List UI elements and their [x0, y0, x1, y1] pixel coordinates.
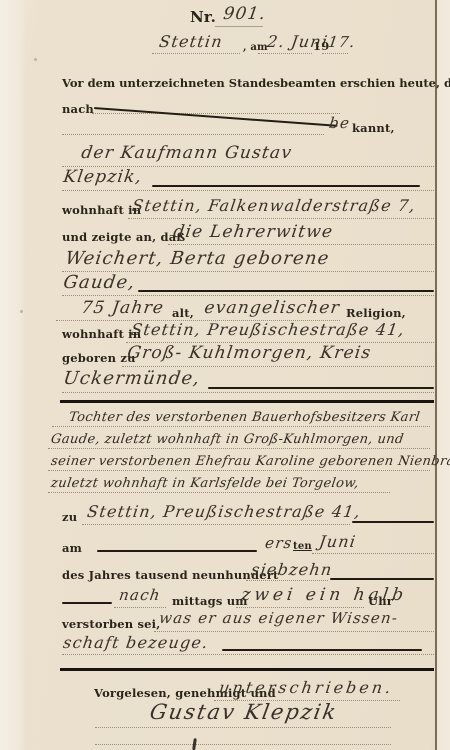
blank-line-1 — [92, 113, 340, 114]
record-number-value: 901. — [222, 4, 267, 24]
signature: Gustav Klepzik — [148, 700, 340, 724]
deceased-desc-baseline — [168, 244, 434, 245]
zeigte-an-label: und zeigte an, daß — [62, 230, 185, 244]
deceased-religion: evangelischer — [203, 298, 341, 318]
declarant-name-line1: der Kaufmann Gustav — [80, 143, 294, 163]
unterschrieben-handwritten: unterschrieben. — [218, 678, 395, 697]
filler-line-year — [330, 578, 434, 580]
declarant-line2-baseline — [62, 190, 434, 191]
parents-baseline-4 — [48, 492, 390, 493]
birthplace-baseline — [122, 366, 434, 367]
filler-line-deceased-name — [138, 290, 434, 292]
death-place-baseline — [82, 524, 350, 525]
time-baseline — [236, 607, 364, 608]
section-rule-1 — [60, 400, 434, 403]
paper-speck — [20, 310, 23, 313]
struck-blank-day — [97, 550, 257, 552]
deceased-birthplace: Groß- Kuhlmorgen, Kreis — [126, 343, 373, 363]
deceased-name-line2: Gaude, — [62, 272, 137, 293]
strike-through-line — [94, 107, 338, 127]
parents-line-3: seiner verstorbenen Ehefrau Karoline geb… — [50, 454, 450, 469]
parents-baseline-1 — [52, 426, 430, 427]
kannt-label: kannt, — [352, 121, 395, 135]
place-issued: Stettin — [158, 32, 224, 51]
uhr-label: Uhr — [368, 594, 393, 608]
filler-line-declarant — [152, 185, 420, 187]
number-underline — [215, 26, 263, 27]
death-record-page: Nr. 901. Stettin , am 2. Juni 19 17. Vor… — [0, 0, 450, 750]
place-underline — [152, 53, 240, 54]
death-place: Stettin, Preußischestraße 41, — [86, 502, 362, 521]
death-day-handwritten: ers — [264, 534, 294, 552]
am-death-label: am — [62, 541, 82, 555]
struck-blank-vor — [62, 602, 112, 604]
parents-line-2: Gaude, zuletzt wohnhaft in Groß-Kuhlmorg… — [50, 432, 405, 447]
geboren-zu-label: geboren zu — [62, 351, 136, 365]
nach-baseline — [114, 607, 166, 608]
page-left-edge — [0, 0, 26, 750]
birthplace2-baseline — [62, 392, 434, 393]
alt-label: alt, — [172, 306, 194, 320]
zu-label: zu — [62, 510, 77, 524]
witness1-baseline — [154, 631, 434, 632]
death-month-baseline — [312, 553, 434, 554]
deceased-name-line1: Weichert, Berta geborene — [64, 248, 331, 269]
adjacent-page-strip — [437, 0, 450, 750]
filler-line-birthplace — [208, 387, 434, 389]
signature-baseline — [95, 727, 391, 728]
section-rule-2 — [60, 668, 434, 671]
nach-label: nach — [62, 102, 94, 116]
verstorben-label: verstorben sei, — [62, 617, 160, 631]
filler-line-witness — [222, 649, 422, 651]
parents-baseline-2 — [48, 448, 430, 449]
religion-label: Religion, — [346, 306, 406, 320]
parents-baseline-3 — [48, 470, 430, 471]
witness-statement-2: schaft bezeuge. — [62, 633, 210, 652]
blank-line-2 — [62, 134, 324, 135]
ten-suffix-label: ten — [293, 541, 312, 552]
death-year-baseline — [246, 580, 328, 581]
filler-line-death-place — [352, 521, 434, 523]
bottom-line — [95, 744, 391, 745]
death-month: Juni — [318, 532, 358, 551]
death-year: siebzehn — [250, 560, 334, 579]
year-written: 17. — [327, 33, 357, 51]
am-label: , am — [243, 42, 268, 53]
deceased-address: Stettin, Preußischestraße 41, — [130, 320, 406, 339]
declarant-name-line2: Klepzik, — [62, 167, 144, 187]
intro-line: Vor dem unterzeichneten Standesbeamten e… — [62, 76, 450, 90]
deceased-name2-baseline — [62, 295, 434, 296]
witness-statement-1: was er aus eigener Wissen- — [158, 609, 399, 627]
record-number-label: Nr. — [190, 8, 216, 26]
wohnhaft-label-1: wohnhaft in — [62, 203, 141, 217]
declarant-address-baseline — [128, 218, 434, 219]
deceased-description: die Lehrerwitwe — [172, 222, 335, 242]
date-underline — [258, 53, 312, 54]
mittags-um-label: mittags um — [172, 594, 248, 608]
parents-line-4: zuletzt wohnhaft in Karlsfelde bei Torge… — [50, 476, 360, 491]
year-underline — [322, 53, 348, 54]
paper-speck — [34, 58, 37, 61]
parents-line-1: Tochter des verstorbenen Bauerhofsbesitz… — [68, 410, 421, 425]
witness2-baseline — [62, 654, 434, 655]
deceased-age: 75 Jahre — [80, 298, 166, 318]
declarant-address: Stettin, Falkenwalderstraße 7, — [131, 196, 417, 215]
deceased-birthplace-2: Uckermünde, — [62, 368, 202, 389]
nach-mittags-handwritten: nach — [118, 586, 162, 604]
bekannt-handwritten-prefix: be — [328, 114, 351, 132]
